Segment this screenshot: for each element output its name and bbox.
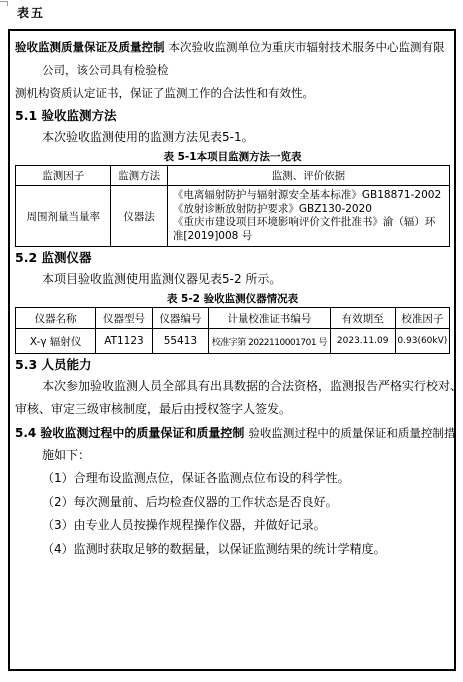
section-5-3-line-2: 审核、审定三级审核制度，最后由授权签字人签发。 — [15, 398, 450, 421]
calibration-cert-cell: 校准字第 2022110001701 号 — [209, 329, 331, 354]
qc-measure-item-4: （4）监测时获取足够的数据量，以保证监测结果的统计学精度。 — [15, 538, 450, 562]
section-5-4-heading: 5.4 验收监测过程中的质量保证和质量控制 — [15, 426, 244, 440]
qc-measure-item-3: （3）由专业人员按操作规程操作仪器，并做好记录。 — [15, 514, 450, 538]
section-5-1-body: 本次验收监测使用的监测方法见表5-1。 — [15, 126, 450, 149]
reference-line: 《电离辐射防护与辐射源安全基本标准》GB18871-2002 — [173, 189, 444, 203]
valid-until-cell: 2023.11.09 — [330, 329, 395, 354]
table-header-row: 仪器名称 仪器型号 仪器编号 计量校准证书编号 有效期至 校准因子 — [16, 308, 450, 329]
table-row: 周围剂量当量率 仪器法 《电离辐射防护与辐射源安全基本标准》GB18871-20… — [16, 186, 450, 247]
monitoring-methods-table: 监测因子 监测方法 监测、评价依据 周围剂量当量率 仪器法 《电离辐射防护与辐射… — [15, 165, 450, 247]
intro-line-3: 测机构资质认定证书，保证了监测工作的合法性和有效性。 — [15, 82, 450, 105]
instrument-name-cell: X-γ 辐射仪 — [16, 329, 96, 354]
intro-line-1: 验收监测质量保证及质量控制本次验收监测单位为重庆市辐射技术服务中心监测有限 — [15, 36, 450, 59]
section-5-2-heading: 5.2 监测仪器 — [15, 247, 450, 268]
t52-header-factor: 校准因子 — [395, 308, 449, 329]
table-5-2-caption: 表 5-2 验收监测仪器情况表 — [15, 292, 450, 307]
reference-line: 《放射诊断放射防护要求》GBZ130-2020 — [173, 203, 444, 217]
intro-paragraph: 验收监测质量保证及质量控制本次验收监测单位为重庆市辐射技术服务中心监测有限 公司… — [15, 36, 450, 105]
t51-header-basis: 监测、评价依据 — [167, 166, 449, 186]
monitoring-factor-cell: 周围剂量当量率 — [16, 186, 111, 247]
section-5-1-heading: 5.1 验收监测方法 — [15, 105, 450, 126]
calibration-factor-cell: 0.93(60kV) — [395, 329, 449, 354]
t52-header-model: 仪器型号 — [96, 308, 152, 329]
reference-line: 《重庆市建设项目环境影响评价文件批准书》渝（辐）环准[2019]008 号 — [173, 216, 444, 243]
t52-header-cert: 计量校准证书编号 — [209, 308, 331, 329]
section-5-3-heading: 5.3 人员能力 — [15, 354, 450, 375]
document-frame: 验收监测质量保证及质量控制本次验收监测单位为重庆市辐射技术服务中心监测有限 公司… — [8, 29, 456, 671]
instrument-serial-cell: 55413 — [152, 329, 208, 354]
instrument-model-cell: AT1123 — [96, 329, 152, 354]
table-row: X-γ 辐射仪 AT1123 55413 校准字第 2022110001701 … — [16, 329, 450, 354]
table-header-row: 监测因子 监测方法 监测、评价依据 — [16, 166, 450, 186]
table-handle-artifact — [0, 1, 8, 6]
table-5-1-caption: 表 5-1本项目监测方法一览表 — [15, 150, 450, 165]
page-label: 表五 — [17, 4, 45, 21]
section-5-2-body: 本项目验收监测使用监测仪器见表5-2 所示。 — [15, 268, 450, 291]
intro-heading: 验收监测质量保证及质量控制 — [15, 40, 165, 54]
intro-line-2: 公司，该公司具有检验检 — [15, 59, 450, 82]
qc-measure-item-2: （2）每次测量前、后均检查仪器的工作状态是否良好。 — [15, 491, 450, 515]
monitoring-method-cell: 仪器法 — [111, 186, 167, 247]
t52-header-name: 仪器名称 — [16, 308, 96, 329]
section-5-3-line-1: 本次参加验收监测人员全部具有出具数据的合法资格，监测报告严格实行校对、 — [15, 375, 450, 398]
t51-header-factor: 监测因子 — [16, 166, 111, 186]
section-5-4-continuation: 施如下： — [15, 444, 450, 467]
intro-text-run: 本次验收监测单位为重庆市辐射技术服务中心监测有限 — [169, 40, 445, 54]
references-cell: 《电离辐射防护与辐射源安全基本标准》GB18871-2002 《放射诊断放射防护… — [167, 186, 449, 247]
section-5-4-text-run: 验收监测过程中的质量保证和质量控制措 — [248, 426, 455, 440]
instruments-table: 仪器名称 仪器型号 仪器编号 计量校准证书编号 有效期至 校准因子 X-γ 辐射… — [15, 307, 450, 354]
t52-header-serial: 仪器编号 — [152, 308, 208, 329]
qc-measure-item-1: （1）合理布设监测点位，保证各监测点位布设的科学性。 — [15, 467, 450, 491]
section-5-4-heading-line: 5.4 验收监测过程中的质量保证和质量控制验收监测过程中的质量保证和质量控制措 — [15, 421, 450, 444]
t52-header-valid: 有效期至 — [330, 308, 395, 329]
t51-header-method: 监测方法 — [111, 166, 167, 186]
